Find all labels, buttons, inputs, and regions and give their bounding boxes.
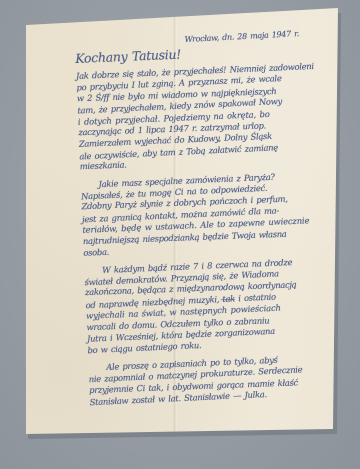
letter-photo: Wrocław, dn. 28 maja 1947 r. Kochany Tat… (0, 0, 360, 469)
paragraph: W każdym bądź razie 7 i 8 czerwca na dro… (84, 255, 332, 356)
paragraph: Jak dobrze się stało, że przyjechałeś! N… (76, 61, 324, 174)
letter-paper: Wrocław, dn. 28 maja 1947 r. Kochany Tat… (0, 0, 360, 469)
paragraph: Jakie masz specjalne zamówienia z Paryża… (80, 169, 327, 259)
letter-body: Jak dobrze się stało, że przyjechałeś! N… (76, 61, 334, 408)
paragraph: Ale proszę o zapisaniach po to tylko, ab… (88, 352, 334, 408)
handwritten-letter: Wrocław, dn. 28 maja 1947 r. Kochany Tat… (74, 18, 334, 414)
